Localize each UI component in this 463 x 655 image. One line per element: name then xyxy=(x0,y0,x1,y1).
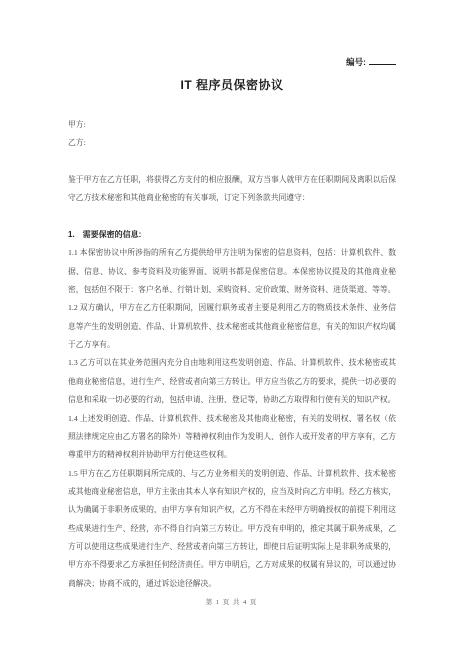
document-title: IT 程序员保密协议 xyxy=(68,77,396,93)
clause-1-5: 1.5 甲方在乙方任职期间所完成的、与乙方业务相关的发明创造、作品、计算机软件、… xyxy=(68,465,396,593)
doc-number-label: 编号: xyxy=(346,57,366,67)
document-page: 编号: IT 程序员保密协议 甲方: 乙方: 鉴于甲方在乙方任职，将获得乙方支付… xyxy=(0,0,463,655)
document-content: 编号: IT 程序员保密协议 甲方: 乙方: 鉴于甲方在乙方任职，将获得乙方支付… xyxy=(0,0,463,593)
preamble-paragraph: 鉴于甲方在乙方任职，将获得乙方支付的相应报酬，双方当事人就甲方在任职期间及离职以… xyxy=(68,171,396,208)
clause-1-2: 1.2 双方确认，甲方在乙方任职期间，因履行职务或者主要是利用乙方的物质技术条件… xyxy=(68,299,396,354)
section-1-number: 1. xyxy=(68,230,75,239)
party-a-label: 甲方: xyxy=(68,116,396,134)
clause-1-4: 1.4 上述发明创造、作品、计算机软件、技术秘密及其他商业秘密，有关的发明权、署… xyxy=(68,410,396,465)
party-b-label: 乙方: xyxy=(68,134,396,152)
page-footer: 第 1 页 共 4 页 xyxy=(0,597,463,606)
doc-number-blank-line xyxy=(369,63,396,65)
document-body: 甲方: 乙方: 鉴于甲方在乙方任职，将获得乙方支付的相应报酬，双方当事人就甲方在… xyxy=(68,116,396,593)
section-1-title: 需要保密的信息: xyxy=(83,230,142,239)
clause-1-3: 1.3 乙方可以在其业务范围内充分自由地利用这些发明创造、作品、计算机软件、技术… xyxy=(68,354,396,409)
doc-number-row: 编号: xyxy=(68,56,396,69)
clause-1-1: 1.1 本保密协议中所涉指的所有乙方提供给甲方注明为保密的信息资料，包括：计算机… xyxy=(68,244,396,299)
section-1-heading: 1.需要保密的信息: xyxy=(68,226,396,244)
